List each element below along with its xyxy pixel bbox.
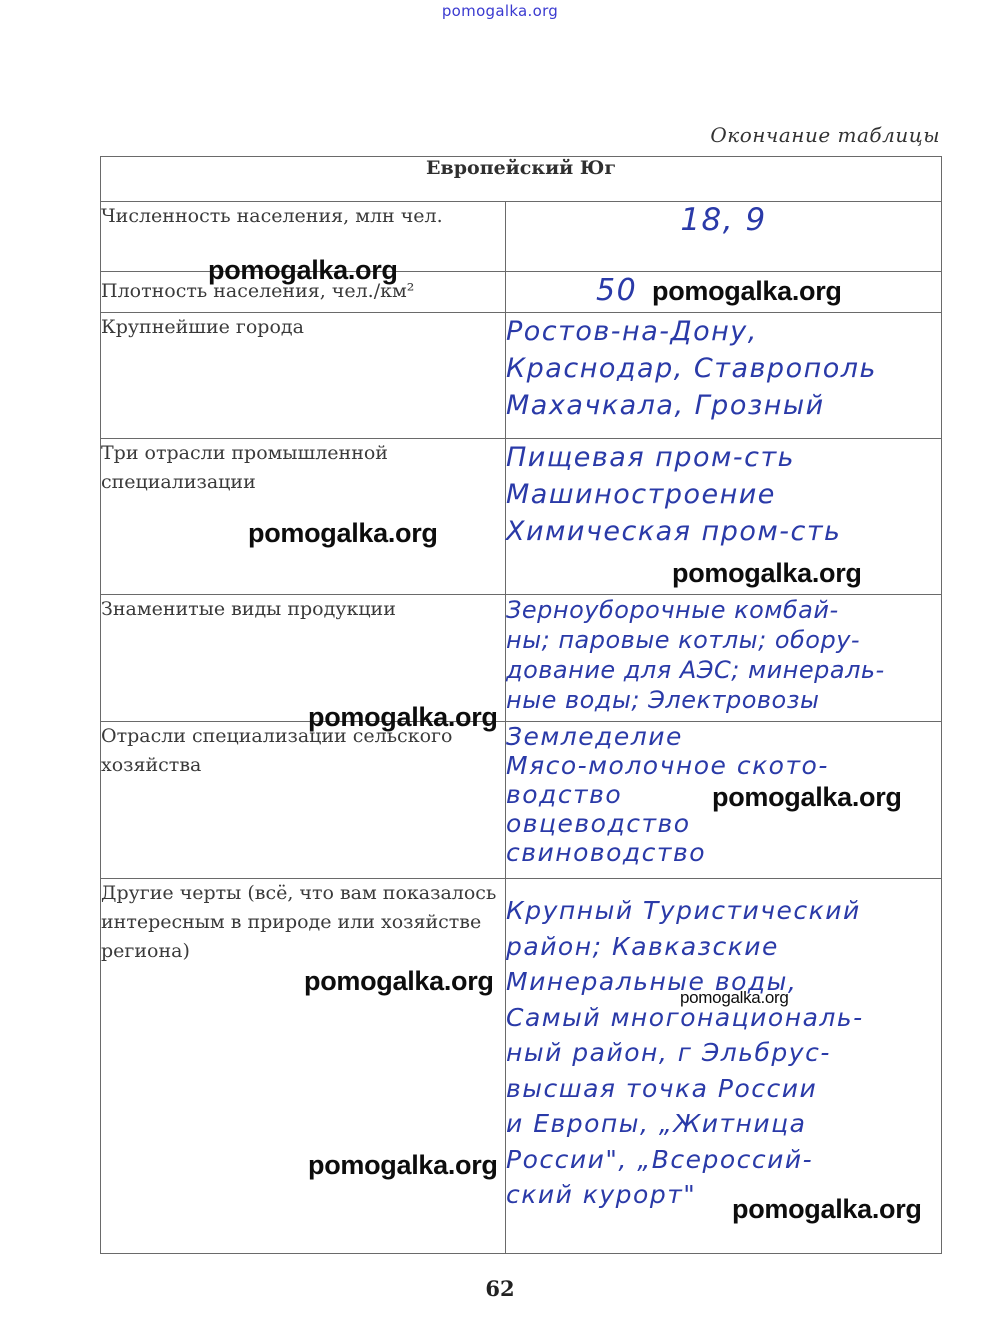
- watermark: pomogalka.org: [248, 518, 438, 549]
- watermark: pomogalka.org: [680, 988, 789, 1008]
- row-answer-cities: Ростов-на-Дону, Краснодар, Ставрополь Ма…: [506, 313, 942, 439]
- row-label-agriculture: Отрасли специализации сельского хозяйств…: [101, 722, 506, 879]
- region-table: Европейский Юг Численность населения, мл…: [100, 156, 942, 1254]
- watermark: pomogalka.org: [712, 782, 902, 813]
- row-label-other: Другие черты (всё, что вам показалось ин…: [101, 879, 506, 1254]
- table-header-row: Европейский Юг: [101, 157, 942, 202]
- table-continuation-caption: Окончание таблицы: [710, 123, 940, 147]
- table-row: Крупнейшие города Ростов-на-Дону, Красно…: [101, 313, 942, 439]
- watermark: pomogalka.org: [308, 702, 498, 733]
- watermark: pomogalka.org: [304, 966, 494, 997]
- watermark: pomogalka.org: [308, 1150, 498, 1181]
- watermark: pomogalka.org: [652, 276, 842, 307]
- row-label-industry: Три отрасли промышленной специализации: [101, 439, 506, 595]
- region-header: Европейский Юг: [101, 157, 942, 202]
- row-label-cities: Крупнейшие города: [101, 313, 506, 439]
- page-number: 62: [0, 1276, 1000, 1301]
- watermark: pomogalka.org: [732, 1194, 922, 1225]
- row-answer-population: 18, 9: [506, 202, 942, 272]
- row-answer-products: Зерноуборочные комбай- ны; паровые котлы…: [506, 595, 942, 722]
- top-watermark: pomogalka.org: [0, 2, 1000, 20]
- watermark: pomogalka.org: [208, 255, 398, 286]
- table-row: Знаменитые виды продукции Зерноуборочные…: [101, 595, 942, 722]
- watermark: pomogalka.org: [672, 558, 862, 589]
